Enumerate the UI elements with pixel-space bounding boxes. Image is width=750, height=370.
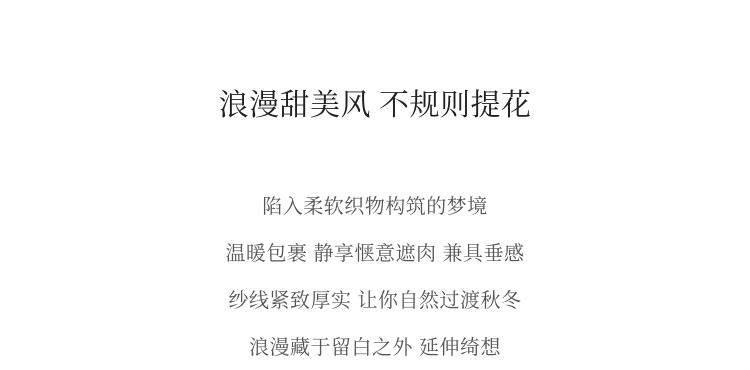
description-line: 纱线紧致厚实 让你自然过渡秋冬 xyxy=(0,291,750,311)
description-line: 浪漫藏于留白之外 延伸绮想 xyxy=(0,338,750,358)
product-description-panel: 浪漫甜美风 不规则提花 陷入柔软织物构筑的梦境 温暖包裹 静享惬意遮肉 兼具垂感… xyxy=(0,0,750,370)
description-list: 陷入柔软织物构筑的梦境 温暖包裹 静享惬意遮肉 兼具垂感 纱线紧致厚实 让你自然… xyxy=(0,197,750,358)
description-line: 温暖包裹 静享惬意遮肉 兼具垂感 xyxy=(0,244,750,264)
description-line: 陷入柔软织物构筑的梦境 xyxy=(0,197,750,217)
product-slogan-title: 浪漫甜美风 不规则提花 xyxy=(0,0,750,124)
